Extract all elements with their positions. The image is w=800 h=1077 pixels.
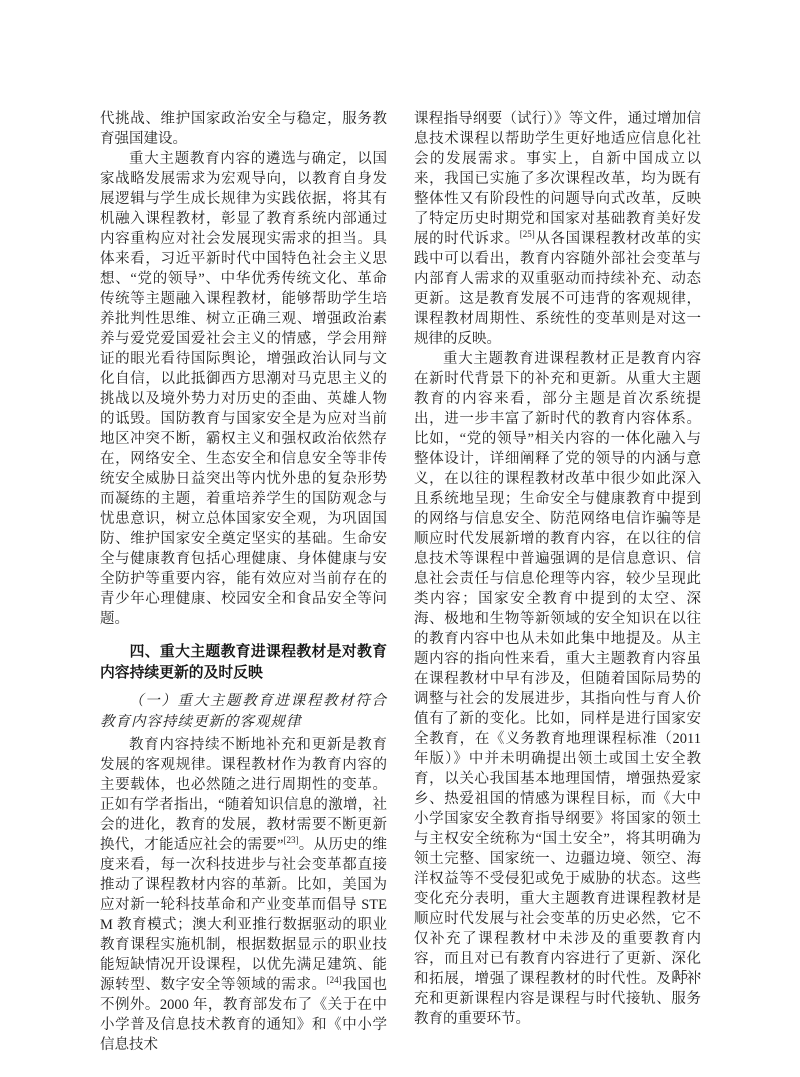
page-number-value: 35	[673, 967, 689, 982]
paragraph-objective-law: 教育内容持续不断地补充和更新是教育发展的客观规律。课程教材作为教育内容的主要载体…	[100, 735, 387, 1055]
page-number-dot-left: •	[661, 969, 664, 979]
two-column-layout: 代挑战、维护国家政治安全与稳定，服务教育强国建设。 重大主题教育内容的遴选与确定…	[0, 0, 800, 1055]
citation-ref-25: [25]	[520, 229, 535, 239]
right-column: 课程指导纲要（试行）》等文件，通过增加信息技术课程以帮助学生更好地适应信息化社会…	[414, 109, 701, 1055]
paragraph-theme-selection: 重大主题教育内容的遴选与确定，以国家战略发展需求为宏观导向，以教育自身发展逻辑与…	[100, 149, 387, 629]
citation-ref-23: [23]	[283, 835, 298, 845]
citation-ref-24: [24]	[327, 975, 342, 985]
section-heading-four: 四、重大主题教育进课程教材是对教育内容持续更新的及时反映	[100, 642, 387, 684]
paragraph-text: 从各国课程教材改革的实践中可以看出，教育内容随外部社会变革与内部育人需求的双重驱…	[414, 231, 701, 347]
document-page: 代挑战、维护国家政治安全与稳定，服务教育强国建设。 重大主题教育内容的遴选与确定…	[0, 0, 800, 1077]
subsection-heading-one: （一）重大主题教育进课程教材符合教育内容持续更新的客观规律	[100, 691, 387, 733]
paragraph-text: 课程指导纲要（试行）》等文件，通过增加信息技术课程以帮助学生更好地适应信息化社会…	[414, 111, 701, 247]
left-column: 代挑战、维护国家政治安全与稳定，服务教育强国建设。 重大主题教育内容的遴选与确定…	[100, 109, 387, 1055]
page-number: •35•	[646, 967, 716, 983]
paragraph-continued-from-previous-page: 代挑战、维护国家政治安全与稳定，服务教育强国建设。	[100, 109, 387, 149]
paragraph-major-theme-update: 重大主题教育进课程教材正是教育内容在新时代背景下的补充和更新。从重大主题教育的内…	[414, 349, 701, 1029]
paragraph-text: 教育内容持续不断地补充和更新是教育发展的客观规律。课程教材作为教育内容的主要载体…	[100, 737, 387, 853]
paragraph-text: 。从历史的维度来看，每一次科技进步与社会变革都直接推动了课程教材内容的革新。比如…	[100, 837, 387, 993]
page-number-dot-right: •	[698, 969, 701, 979]
paragraph-continued-curriculum-reform: 课程指导纲要（试行）》等文件，通过增加信息技术课程以帮助学生更好地适应信息化社会…	[414, 109, 701, 349]
